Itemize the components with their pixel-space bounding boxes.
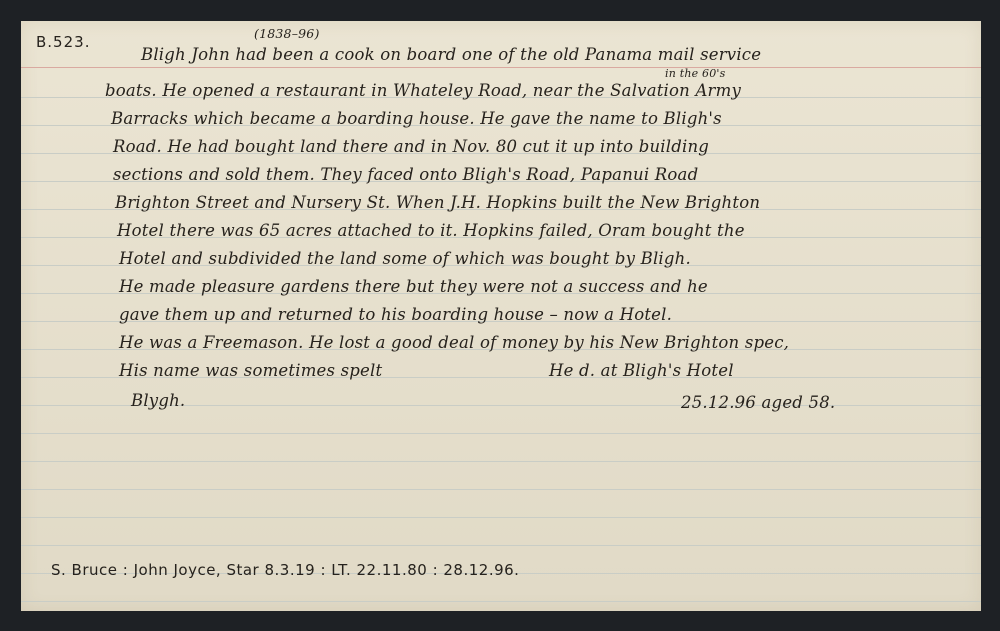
text-line-1: Bligh John had been a cook on board one … <box>141 45 761 64</box>
life-dates: (1838–96) <box>254 26 320 41</box>
death-date: 25.12.96 aged 58. <box>681 393 835 412</box>
spelling-variant: Blygh. <box>131 391 185 410</box>
spelling-note: His name was sometimes spelt <box>119 361 382 380</box>
ruled-line <box>21 461 981 462</box>
text-line-7: Hotel there was 65 acres attached to it.… <box>117 221 745 240</box>
ruled-line <box>21 489 981 490</box>
text-line-4: Road. He had bought land there and in No… <box>113 137 709 156</box>
index-card: B.523. (1838–96) Bligh John had been a c… <box>21 21 981 611</box>
text-line-6: Brighton Street and Nursery St. When J.H… <box>115 193 760 212</box>
sources-line: S. Bruce : John Joyce, Star 8.3.19 : LT.… <box>51 561 519 579</box>
text-line-5: sections and sold them. They faced onto … <box>113 165 698 184</box>
ruled-line <box>21 433 981 434</box>
ruled-line <box>21 517 981 518</box>
text-line-2: boats. He opened a restaurant in Whatele… <box>105 81 741 100</box>
ruled-line <box>21 601 981 602</box>
header-red-rule <box>21 67 981 68</box>
text-line-8: Hotel and subdivided the land some of wh… <box>119 249 691 268</box>
insertion-note: in the 60's <box>665 67 725 80</box>
text-line-10: gave them up and returned to his boardin… <box>119 305 672 324</box>
text-line-9: He made pleasure gardens there but they … <box>119 277 708 296</box>
text-line-11: He was a Freemason. He lost a good deal … <box>119 333 789 352</box>
death-place: He d. at Bligh's Hotel <box>549 361 734 380</box>
ruled-line <box>21 545 981 546</box>
text-line-3: Barracks which became a boarding house. … <box>111 109 722 128</box>
card-reference: B.523. <box>36 33 90 51</box>
